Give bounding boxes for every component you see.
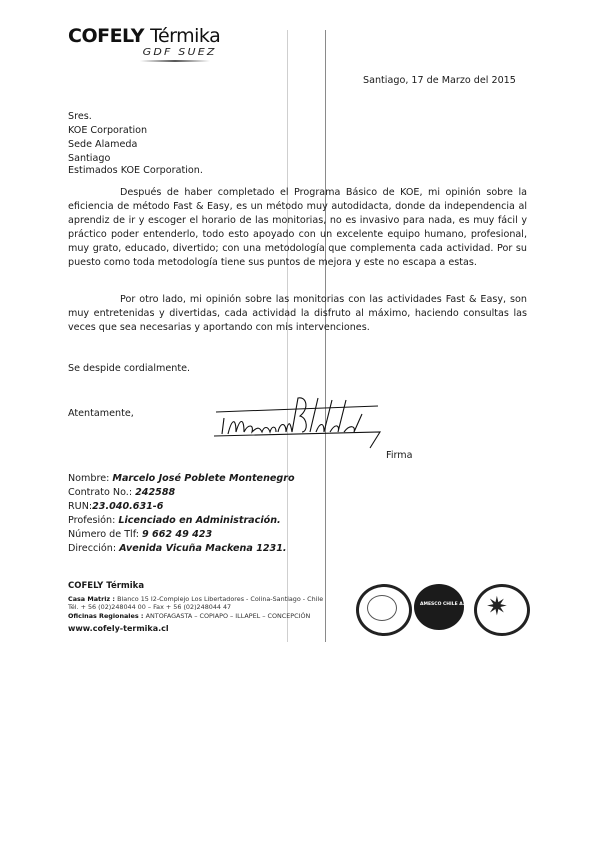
body-paragraph: Después de haber completado el Programa … bbox=[68, 186, 527, 271]
logo-cofely: COFELY bbox=[68, 25, 144, 47]
signer-contract-row: Contrato No.: 242588 bbox=[68, 486, 295, 500]
signer-profession: Licenciado en Administración. bbox=[118, 515, 280, 526]
handwritten-signature bbox=[210, 392, 390, 452]
certification-seal-icon bbox=[356, 584, 412, 636]
amesco-seal-icon: AMESCO CHILE A.G. bbox=[414, 584, 464, 630]
signer-address: Avenida Vicuña Mackena 1231. bbox=[119, 543, 286, 554]
greeting: Estimados KOE Corporation. bbox=[68, 164, 203, 178]
star-seal-icon: ✷ bbox=[474, 584, 530, 636]
logo-underline bbox=[140, 60, 210, 62]
paragraph-text: Después de haber completado el Programa … bbox=[68, 187, 527, 268]
signer-phone-row: Número de Tlf: 9 662 49 423 bbox=[68, 528, 295, 542]
footer-website-link[interactable]: www.cofely-termika.cl bbox=[68, 624, 169, 633]
recipient-line: KOE Corporation bbox=[68, 124, 147, 138]
signer-contract: 242588 bbox=[135, 487, 175, 498]
footer-company: COFELY Térmika bbox=[68, 581, 144, 591]
logo-group: GDF SUEZ bbox=[143, 47, 217, 58]
signer-name-row: Nombre: Marcelo José Poblete Montenegro bbox=[68, 472, 295, 486]
company-logo: COFELY Térmika bbox=[68, 25, 220, 47]
scan-fold-line bbox=[325, 30, 326, 642]
body-paragraph: Por otro lado, mi opinión sobre las moni… bbox=[68, 293, 527, 335]
recipient-line: Sede Alameda bbox=[68, 138, 147, 152]
paragraph-text: Por otro lado, mi opinión sobre las moni… bbox=[68, 294, 527, 333]
signer-name: Marcelo José Poblete Montenegro bbox=[112, 473, 294, 484]
logo-termika: Térmika bbox=[150, 25, 220, 47]
recipient-address: Sres. KOE Corporation Sede Alameda Santi… bbox=[68, 110, 147, 166]
signer-run-row: RUN:23.040.631-6 bbox=[68, 500, 295, 514]
regards: Atentamente, bbox=[68, 407, 134, 421]
letter-date: Santiago, 17 de Marzo del 2015 bbox=[363, 74, 516, 88]
signature-label: Firma bbox=[386, 450, 413, 461]
closing: Se despide cordialmente. bbox=[68, 362, 190, 376]
signer-profession-row: Profesión: Licenciado en Administración. bbox=[68, 514, 295, 528]
signer-phone: 9 662 49 423 bbox=[142, 529, 212, 540]
signer-run: 23.040.631-6 bbox=[92, 501, 163, 512]
signer-address-row: Dirección: Avenida Vicuña Mackena 1231. bbox=[68, 542, 295, 556]
footer-address: Casa Matriz : Blanco 15 I2-Complejo Los … bbox=[68, 595, 323, 620]
signer-info: Nombre: Marcelo José Poblete Montenegro … bbox=[68, 472, 295, 555]
recipient-line: Sres. bbox=[68, 110, 147, 124]
